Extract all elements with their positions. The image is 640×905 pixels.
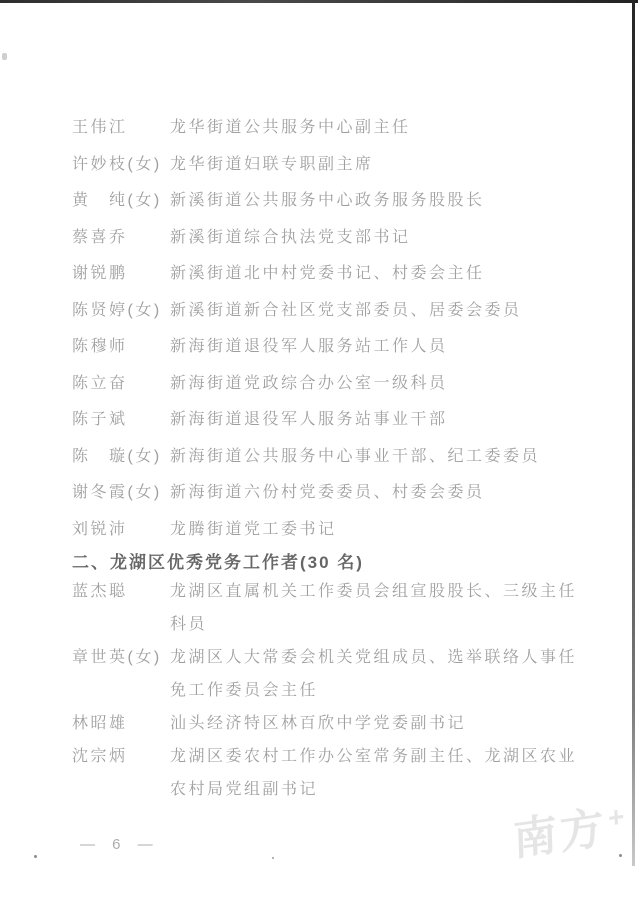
entry-position: 新海街道退役军人服务站工作人员 bbox=[170, 329, 602, 366]
entry-position: 新海街道六份村党委委员、村委会委员 bbox=[170, 475, 602, 512]
entry-position: 龙湖区人大常委会机关党组成员、选举联络人事任 免工作委员会主任 bbox=[170, 641, 602, 707]
entry-position: 新溪街道新合社区党支部委员、居委会委员 bbox=[170, 293, 602, 330]
scan-speck bbox=[272, 857, 274, 859]
entry-row: 谢冬霞(女) 新海街道六份村党委委员、村委会委员 bbox=[72, 475, 602, 512]
entry-row: 蓝杰聪 龙湖区直属机关工作委员会组宣股股长、三级主任 科员 bbox=[72, 575, 602, 641]
scan-speck bbox=[34, 855, 37, 858]
entry-name: 陈贤婷(女) bbox=[72, 293, 170, 330]
entry-position: 新溪街道公共服务中心政务服务股股长 bbox=[170, 183, 602, 220]
entry-name: 林昭雄 bbox=[72, 707, 170, 740]
entry-row: 陈穆师 新海街道退役军人服务站工作人员 bbox=[72, 329, 602, 366]
watermark-text: 南方 bbox=[512, 803, 607, 865]
entry-name: 陈子斌 bbox=[72, 402, 170, 439]
entry-position: 龙华街道公共服务中心副主任 bbox=[170, 110, 602, 147]
entry-name: 蔡喜乔 bbox=[72, 220, 170, 257]
entry-row: 陈 璇(女) 新海街道公共服务中心事业干部、纪工委委员 bbox=[72, 439, 602, 476]
entry-name: 谢冬霞(女) bbox=[72, 475, 170, 512]
entry-position: 新海街道公共服务中心事业干部、纪工委委员 bbox=[170, 439, 602, 476]
entry-row: 刘锐沛 龙腾街道党工委书记 bbox=[72, 512, 602, 549]
entry-name: 刘锐沛 bbox=[72, 512, 170, 549]
scan-page-edge-right bbox=[632, 0, 635, 866]
section-heading: 二、龙湖区优秀党务工作者(30 名) bbox=[72, 551, 602, 575]
entry-row: 陈贤婷(女) 新溪街道新合社区党支部委员、居委会委员 bbox=[72, 293, 602, 330]
entry-name: 王伟江 bbox=[72, 110, 170, 147]
entry-row: 黄 纯(女) 新溪街道公共服务中心政务服务股股长 bbox=[72, 183, 602, 220]
entry-position: 龙华街道妇联专职副主席 bbox=[170, 147, 602, 184]
entry-row: 章世英(女) 龙湖区人大常委会机关党组成员、选举联络人事任 免工作委员会主任 bbox=[72, 641, 602, 707]
entry-name: 黄 纯(女) bbox=[72, 183, 170, 220]
entry-position: 新海街道党政综合办公室一级科员 bbox=[170, 366, 602, 403]
entry-position: 汕头经济特区林百欣中学党委副书记 bbox=[170, 707, 602, 740]
entry-position: 新溪街道北中村党委书记、村委会主任 bbox=[170, 256, 602, 293]
entry-name: 陈立奋 bbox=[72, 366, 170, 403]
entry-row: 许妙枝(女) 龙华街道妇联专职副主席 bbox=[72, 147, 602, 184]
award-section: 王伟江 龙华街道公共服务中心副主任 许妙枝(女) 龙华街道妇联专职副主席 黄 纯… bbox=[72, 110, 602, 548]
entry-row: 王伟江 龙华街道公共服务中心副主任 bbox=[72, 110, 602, 147]
entry-name: 许妙枝(女) bbox=[72, 147, 170, 184]
entry-row: 陈立奋 新海街道党政综合办公室一级科员 bbox=[72, 366, 602, 403]
entry-position: 龙腾街道党工委书记 bbox=[170, 512, 602, 549]
scan-speck bbox=[619, 854, 622, 857]
entry-list: 蓝杰聪 龙湖区直属机关工作委员会组宣股股长、三级主任 科员 章世英(女) 龙湖区… bbox=[72, 575, 602, 806]
entry-name: 章世英(女) bbox=[72, 641, 170, 674]
entry-row: 林昭雄 汕头经济特区林百欣中学党委副书记 bbox=[72, 707, 602, 740]
entry-position: 新溪街道综合执法党支部书记 bbox=[170, 220, 602, 257]
entry-row: 谢锐鹏 新溪街道北中村党委书记、村委会主任 bbox=[72, 256, 602, 293]
entry-row: 蔡喜乔 新溪街道综合执法党支部书记 bbox=[72, 220, 602, 257]
entry-row: 陈子斌 新海街道退役军人服务站事业干部 bbox=[72, 402, 602, 439]
scan-page-edge-top bbox=[0, 0, 638, 3]
entry-name: 谢锐鹏 bbox=[72, 256, 170, 293]
scan-speck-left-edge bbox=[2, 53, 7, 60]
page-number: — 6 — bbox=[80, 836, 156, 853]
entry-row: 沈宗炳 龙湖区委农村工作办公室常务副主任、龙湖区农业 农村局党组副书记 bbox=[72, 740, 602, 806]
entry-position: 新海街道退役军人服务站事业干部 bbox=[170, 402, 602, 439]
entry-position: 龙湖区委农村工作办公室常务副主任、龙湖区农业 农村局党组副书记 bbox=[170, 740, 602, 806]
entry-name: 蓝杰聪 bbox=[72, 575, 170, 608]
document-body: 王伟江 龙华街道公共服务中心副主任 许妙枝(女) 龙华街道妇联专职副主席 黄 纯… bbox=[72, 110, 602, 806]
award-section: 二、龙湖区优秀党务工作者(30 名) 蓝杰聪 龙湖区直属机关工作委员会组宣股股长… bbox=[72, 551, 602, 806]
entry-list: 王伟江 龙华街道公共服务中心副主任 许妙枝(女) 龙华街道妇联专职副主席 黄 纯… bbox=[72, 110, 602, 548]
entry-position: 龙湖区直属机关工作委员会组宣股股长、三级主任 科员 bbox=[170, 575, 602, 641]
entry-name: 陈穆师 bbox=[72, 329, 170, 366]
entry-name: 沈宗炳 bbox=[72, 740, 170, 773]
watermark-plus-icon: + bbox=[607, 800, 627, 834]
entry-name: 陈 璇(女) bbox=[72, 439, 170, 476]
